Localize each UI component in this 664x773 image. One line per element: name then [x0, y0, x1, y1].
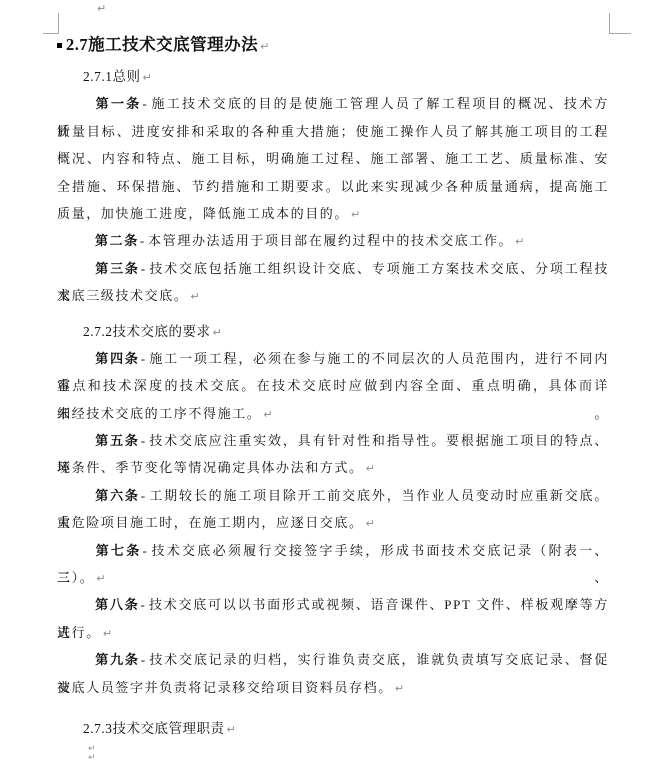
body-line: 第二条-本管理办法适用于项目部在履约过程中的技术交底工作。↵: [57, 227, 609, 254]
body-line: 第三条-技术交底包括施工组织设计交底、专项施工方案技术交底、分项工程技术: [57, 255, 609, 282]
body-line: 进行。↵: [57, 619, 609, 646]
sub-heading-2-7-1: 2.7.1总则↵: [83, 63, 609, 90]
section-heading: 2.7施工技术交底管理办法↵: [57, 28, 609, 63]
paragraph-mark-icon: ↵: [211, 326, 222, 339]
heading-bullet-icon: [57, 43, 62, 48]
line-text: 三）。: [57, 570, 94, 585]
paragraph-article-9: 第九条-技术交底记录的归档，实行谁负责交底，谁就负责填写交底记录、督促被 交底人…: [57, 646, 609, 701]
line-text: 交底三级技术交底。: [57, 288, 188, 303]
paragraph-article-3: 第三条-技术交底包括施工组织设计交底、专项施工方案技术交底、分项工程技术 交底三…: [57, 255, 609, 310]
article-label: 第二条: [95, 233, 139, 248]
paragraph-mark-icon: ↵: [95, 2, 106, 15]
document-page[interactable]: ↵ 2.7施工技术交底管理办法↵ 2.7.1总则↵ 第一条-施工技术交底的目的是…: [0, 0, 664, 773]
text-boundary-mark-top-right-icon: [609, 13, 631, 34]
paragraph-article-1: 第一条-施工技术交底的目的是使施工管理人员了解工程项目的概况、技术方针、 质量目…: [57, 90, 609, 227]
paragraph-article-4: 第四条-施工一项工程，必须在参与施工的不同层次的人员范围内，进行不同内容 重点和…: [57, 345, 609, 427]
body-line: 大危险项目施工时，在施工期内，应逐日交底。↵: [57, 509, 609, 536]
paragraph-mark-icon: ↵: [393, 682, 404, 695]
paragraph-article-7: 第七条-技术交底必须履行交接签字手续，形成书面技术交底记录（附表一、二、 三）。…: [57, 537, 609, 592]
label-separator: -: [140, 261, 149, 276]
paragraph-mark-icon: ↵: [258, 40, 269, 53]
body-line: 第一条-施工技术交底的目的是使施工管理人员了解工程项目的概况、技术方针、: [57, 90, 609, 117]
label-separator: -: [140, 433, 149, 448]
body-line: 全措施、环保措施、节约措施和工期要求。以此来实现减少各种质量通病，提高施工: [57, 173, 609, 200]
text-boundary-mark-top-left-icon: [43, 13, 59, 34]
label-separator: -: [142, 543, 151, 558]
paragraph-article-2: 第二条-本管理办法适用于项目部在履约过程中的技术交底工作。↵: [57, 227, 609, 254]
paragraph-mark-icon: ↵: [101, 627, 112, 640]
paragraph-mark-icon: ↵: [261, 408, 272, 421]
paragraph-article-5: 第五条-技术交底应注重实效，具有针对性和指导性。要根据施工项目的特点、环 境条件…: [57, 427, 609, 482]
paragraph-mark-icon: ↵: [225, 723, 236, 736]
empty-paragraph: ↵: [57, 742, 609, 751]
sub-heading-2-7-2: 2.7.2技术交底的要求↵: [83, 318, 609, 345]
article-label: 第八条: [95, 597, 139, 612]
paragraph-mark-icon: ↵: [513, 235, 524, 248]
line-text: 大危险项目施工时，在施工期内，应逐日交底。: [57, 515, 364, 530]
article-label: 第四条: [95, 351, 140, 366]
body-line: 质量，加快施工进度，降低施工成本的目的。↵: [57, 200, 609, 227]
body-line: 第四条-施工一项工程，必须在参与施工的不同层次的人员范围内，进行不同内容: [57, 345, 609, 372]
paragraph-mark-icon: ↵: [188, 290, 199, 303]
body-line: 交底人员签字并负责将记录移交给项目资料员存档。↵: [57, 674, 609, 701]
body-line: 重点和技术深度的技术交底。在技术交底时应做到内容全面、重点明确，具体而详细。: [57, 372, 609, 399]
body-line: 第六条-工期较长的施工项目除开工前交底外，当作业人员变动时应重新交底。重: [57, 482, 609, 509]
sub-heading-text: 2.7.2技术交底的要求: [83, 324, 211, 339]
empty-paragraph: ↵: [57, 0, 609, 15]
body-line: 第八条-技术交底可以以书面形式或视频、语音课件、PPT 文件、样板观摩等方式: [57, 591, 609, 618]
article-label: 第七条: [95, 543, 142, 558]
label-separator: -: [140, 351, 149, 366]
label-separator: -: [139, 233, 148, 248]
article-label: 第一条: [95, 96, 142, 111]
paragraph-article-8: 第八条-技术交底可以以书面形式或视频、语音课件、PPT 文件、样板观摩等方式 进…: [57, 591, 609, 646]
line-text: 交底人员签字并负责将记录移交给项目资料员存档。: [57, 680, 393, 695]
paragraph-mark-icon: ↵: [349, 208, 360, 221]
body-line: 质量目标、进度安排和采取的各种重大措施；使施工操作人员了解其施工项目的工程: [57, 118, 609, 145]
paragraph-mark-icon: ↵: [141, 71, 152, 84]
sub-heading-text: 2.7.3技术交底管理职责: [83, 721, 225, 736]
body-line: 境条件、季节变化等情况确定具体办法和方式。↵: [57, 454, 609, 481]
article-label: 第九条: [95, 652, 140, 667]
paragraph-mark-icon: ↵: [94, 572, 105, 585]
article-label: 第六条: [95, 488, 140, 503]
paragraph-mark-icon: ↵: [364, 517, 375, 530]
sub-heading-2-7-3: 2.7.3技术交底管理职责↵: [83, 715, 609, 742]
body-line: 第七条-技术交底必须履行交接签字手续，形成书面技术交底记录（附表一、二、: [57, 537, 609, 564]
paragraph-mark-icon: ↵: [86, 753, 96, 763]
line-text: 境条件、季节变化等情况确定具体办法和方式。: [57, 460, 364, 475]
body-line: 交底三级技术交底。↵: [57, 282, 609, 309]
article-label: 第三条: [95, 261, 140, 276]
line-text: 质量，加快施工进度，降低施工成本的目的。: [57, 206, 349, 221]
label-separator: -: [139, 597, 148, 612]
paragraph-article-6: 第六条-工期较长的施工项目除开工前交底外，当作业人员变动时应重新交底。重 大危险…: [57, 482, 609, 537]
body-line: 第五条-技术交底应注重实效，具有针对性和指导性。要根据施工项目的特点、环: [57, 427, 609, 454]
label-separator: -: [140, 488, 149, 503]
section-heading-text: 2.7施工技术交底管理办法: [66, 35, 258, 54]
label-separator: -: [140, 652, 149, 667]
line-text: 未经技术交底的工序不得施工。: [57, 406, 261, 421]
line-text: 进行。: [57, 625, 101, 640]
sub-heading-text: 2.7.1总则: [83, 69, 141, 84]
empty-paragraph: ↵: [57, 751, 609, 760]
line-text: 本管理办法适用于项目部在履约过程中的技术交底工作。: [148, 233, 513, 248]
body-line: 概况、内容和特点、施工目标，明确施工过程、施工部署、施工工艺、质量标准、安: [57, 145, 609, 172]
paragraph-mark-icon: ↵: [364, 462, 375, 475]
body-line: 第九条-技术交底记录的归档，实行谁负责交底，谁就负责填写交底记录、督促被: [57, 646, 609, 673]
article-label: 第五条: [95, 433, 140, 448]
label-separator: -: [142, 96, 151, 111]
